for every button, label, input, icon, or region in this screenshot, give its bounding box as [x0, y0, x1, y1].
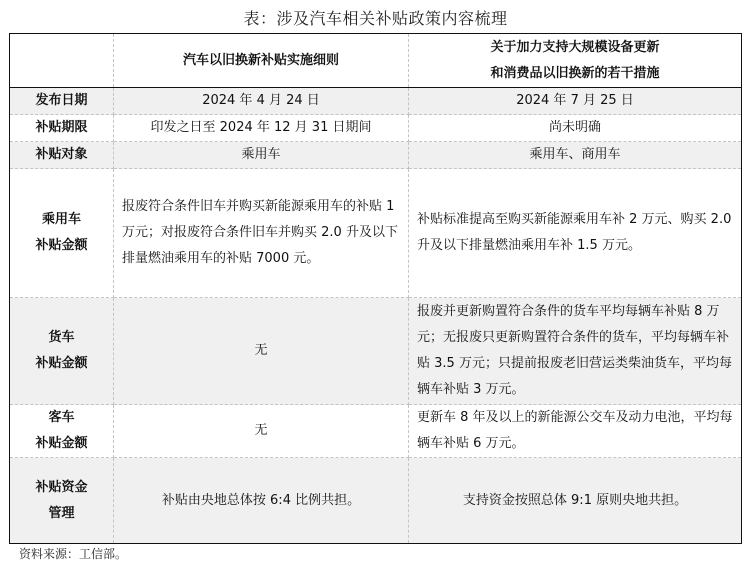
header-empty-cell — [10, 34, 114, 88]
table-row-truck-subsidy: 货车 补贴金额 无 报废并更新购置符合条件的货车平均每辆车补贴 8 万元；无报废… — [10, 298, 742, 405]
table-row-passenger-car-subsidy: 乘用车 补贴金额 报废符合条件旧车并购买新能源乘用车的补贴 1 万元；对报废符合… — [10, 169, 742, 298]
cell-policy-2: 2024 年 7 月 25 日 — [409, 88, 742, 115]
row-label: 发布日期 — [10, 88, 114, 115]
row-label-line2: 管理 — [18, 501, 105, 527]
cell-policy-2: 尚未明确 — [409, 115, 742, 142]
cell-policy-2: 更新车 8 年及以上的新能源公交车及动力电池，平均每辆车补贴 6 万元。 — [409, 405, 742, 458]
row-label-line1: 乘用车 — [18, 207, 105, 233]
cell-policy-1: 补贴由央地总体按 6:4 比例共担。 — [114, 458, 409, 544]
row-label: 客车 补贴金额 — [10, 405, 114, 458]
cell-policy-2: 支持资金按照总体 9:1 原则央地共担。 — [409, 458, 742, 544]
cell-policy-1: 乘用车 — [114, 142, 409, 169]
policy-comparison-table: 汽车以旧换新补贴实施细则 关于加力支持大规模设备更新 和消费品以旧换新的若干措施… — [9, 33, 742, 544]
table-row-subsidy-period: 补贴期限 印发之日至 2024 年 12 月 31 日期间 尚未明确 — [10, 115, 742, 142]
row-label: 补贴资金 管理 — [10, 458, 114, 544]
cell-policy-1: 无 — [114, 405, 409, 458]
table-row-subsidy-target: 补贴对象 乘用车 乘用车、商用车 — [10, 142, 742, 169]
header-policy-2-line1: 关于加力支持大规模设备更新 — [417, 35, 733, 61]
header-policy-2: 关于加力支持大规模设备更新 和消费品以旧换新的若干措施 — [409, 34, 742, 88]
row-label: 补贴对象 — [10, 142, 114, 169]
cell-policy-1: 报废符合条件旧车并购买新能源乘用车的补贴 1 万元；对报废符合条件旧车并购买 2… — [114, 169, 409, 298]
cell-policy-1: 2024 年 4 月 24 日 — [114, 88, 409, 115]
table-row-bus-subsidy: 客车 补贴金额 无 更新车 8 年及以上的新能源公交车及动力电池，平均每辆车补贴… — [10, 405, 742, 458]
cell-policy-2: 乘用车、商用车 — [409, 142, 742, 169]
table-row-release-date: 发布日期 2024 年 4 月 24 日 2024 年 7 月 25 日 — [10, 88, 742, 115]
table-header-row: 汽车以旧换新补贴实施细则 关于加力支持大规模设备更新 和消费品以旧换新的若干措施 — [10, 34, 742, 88]
row-label: 货车 补贴金额 — [10, 298, 114, 405]
row-label-line2: 补贴金额 — [18, 431, 105, 457]
row-label: 补贴期限 — [10, 115, 114, 142]
cell-policy-2: 补贴标准提高至购买新能源乘用车补 2 万元、购买 2.0 升及以下排量燃油乘用车… — [409, 169, 742, 298]
row-label-line1: 客车 — [18, 405, 105, 431]
row-label-line1: 补贴资金 — [18, 475, 105, 501]
row-label: 乘用车 补贴金额 — [10, 169, 114, 298]
row-label-line2: 补贴金额 — [18, 351, 105, 377]
cell-policy-1: 无 — [114, 298, 409, 405]
row-label-line1: 货车 — [18, 325, 105, 351]
table-title: 表：涉及汽车相关补贴政策内容梳理 — [0, 6, 751, 29]
header-policy-2-line2: 和消费品以旧换新的若干措施 — [417, 61, 733, 87]
cell-policy-1: 印发之日至 2024 年 12 月 31 日期间 — [114, 115, 409, 142]
row-label-line2: 补贴金额 — [18, 233, 105, 259]
cell-policy-2: 报废并更新购置符合条件的货车平均每辆车补贴 8 万元；无报废只更新购置符合条件的… — [409, 298, 742, 405]
source-note: 资料来源：工信部。 — [19, 545, 127, 562]
header-policy-1: 汽车以旧换新补贴实施细则 — [114, 34, 409, 88]
table-row-fund-management: 补贴资金 管理 补贴由央地总体按 6:4 比例共担。 支持资金按照总体 9:1 … — [10, 458, 742, 544]
